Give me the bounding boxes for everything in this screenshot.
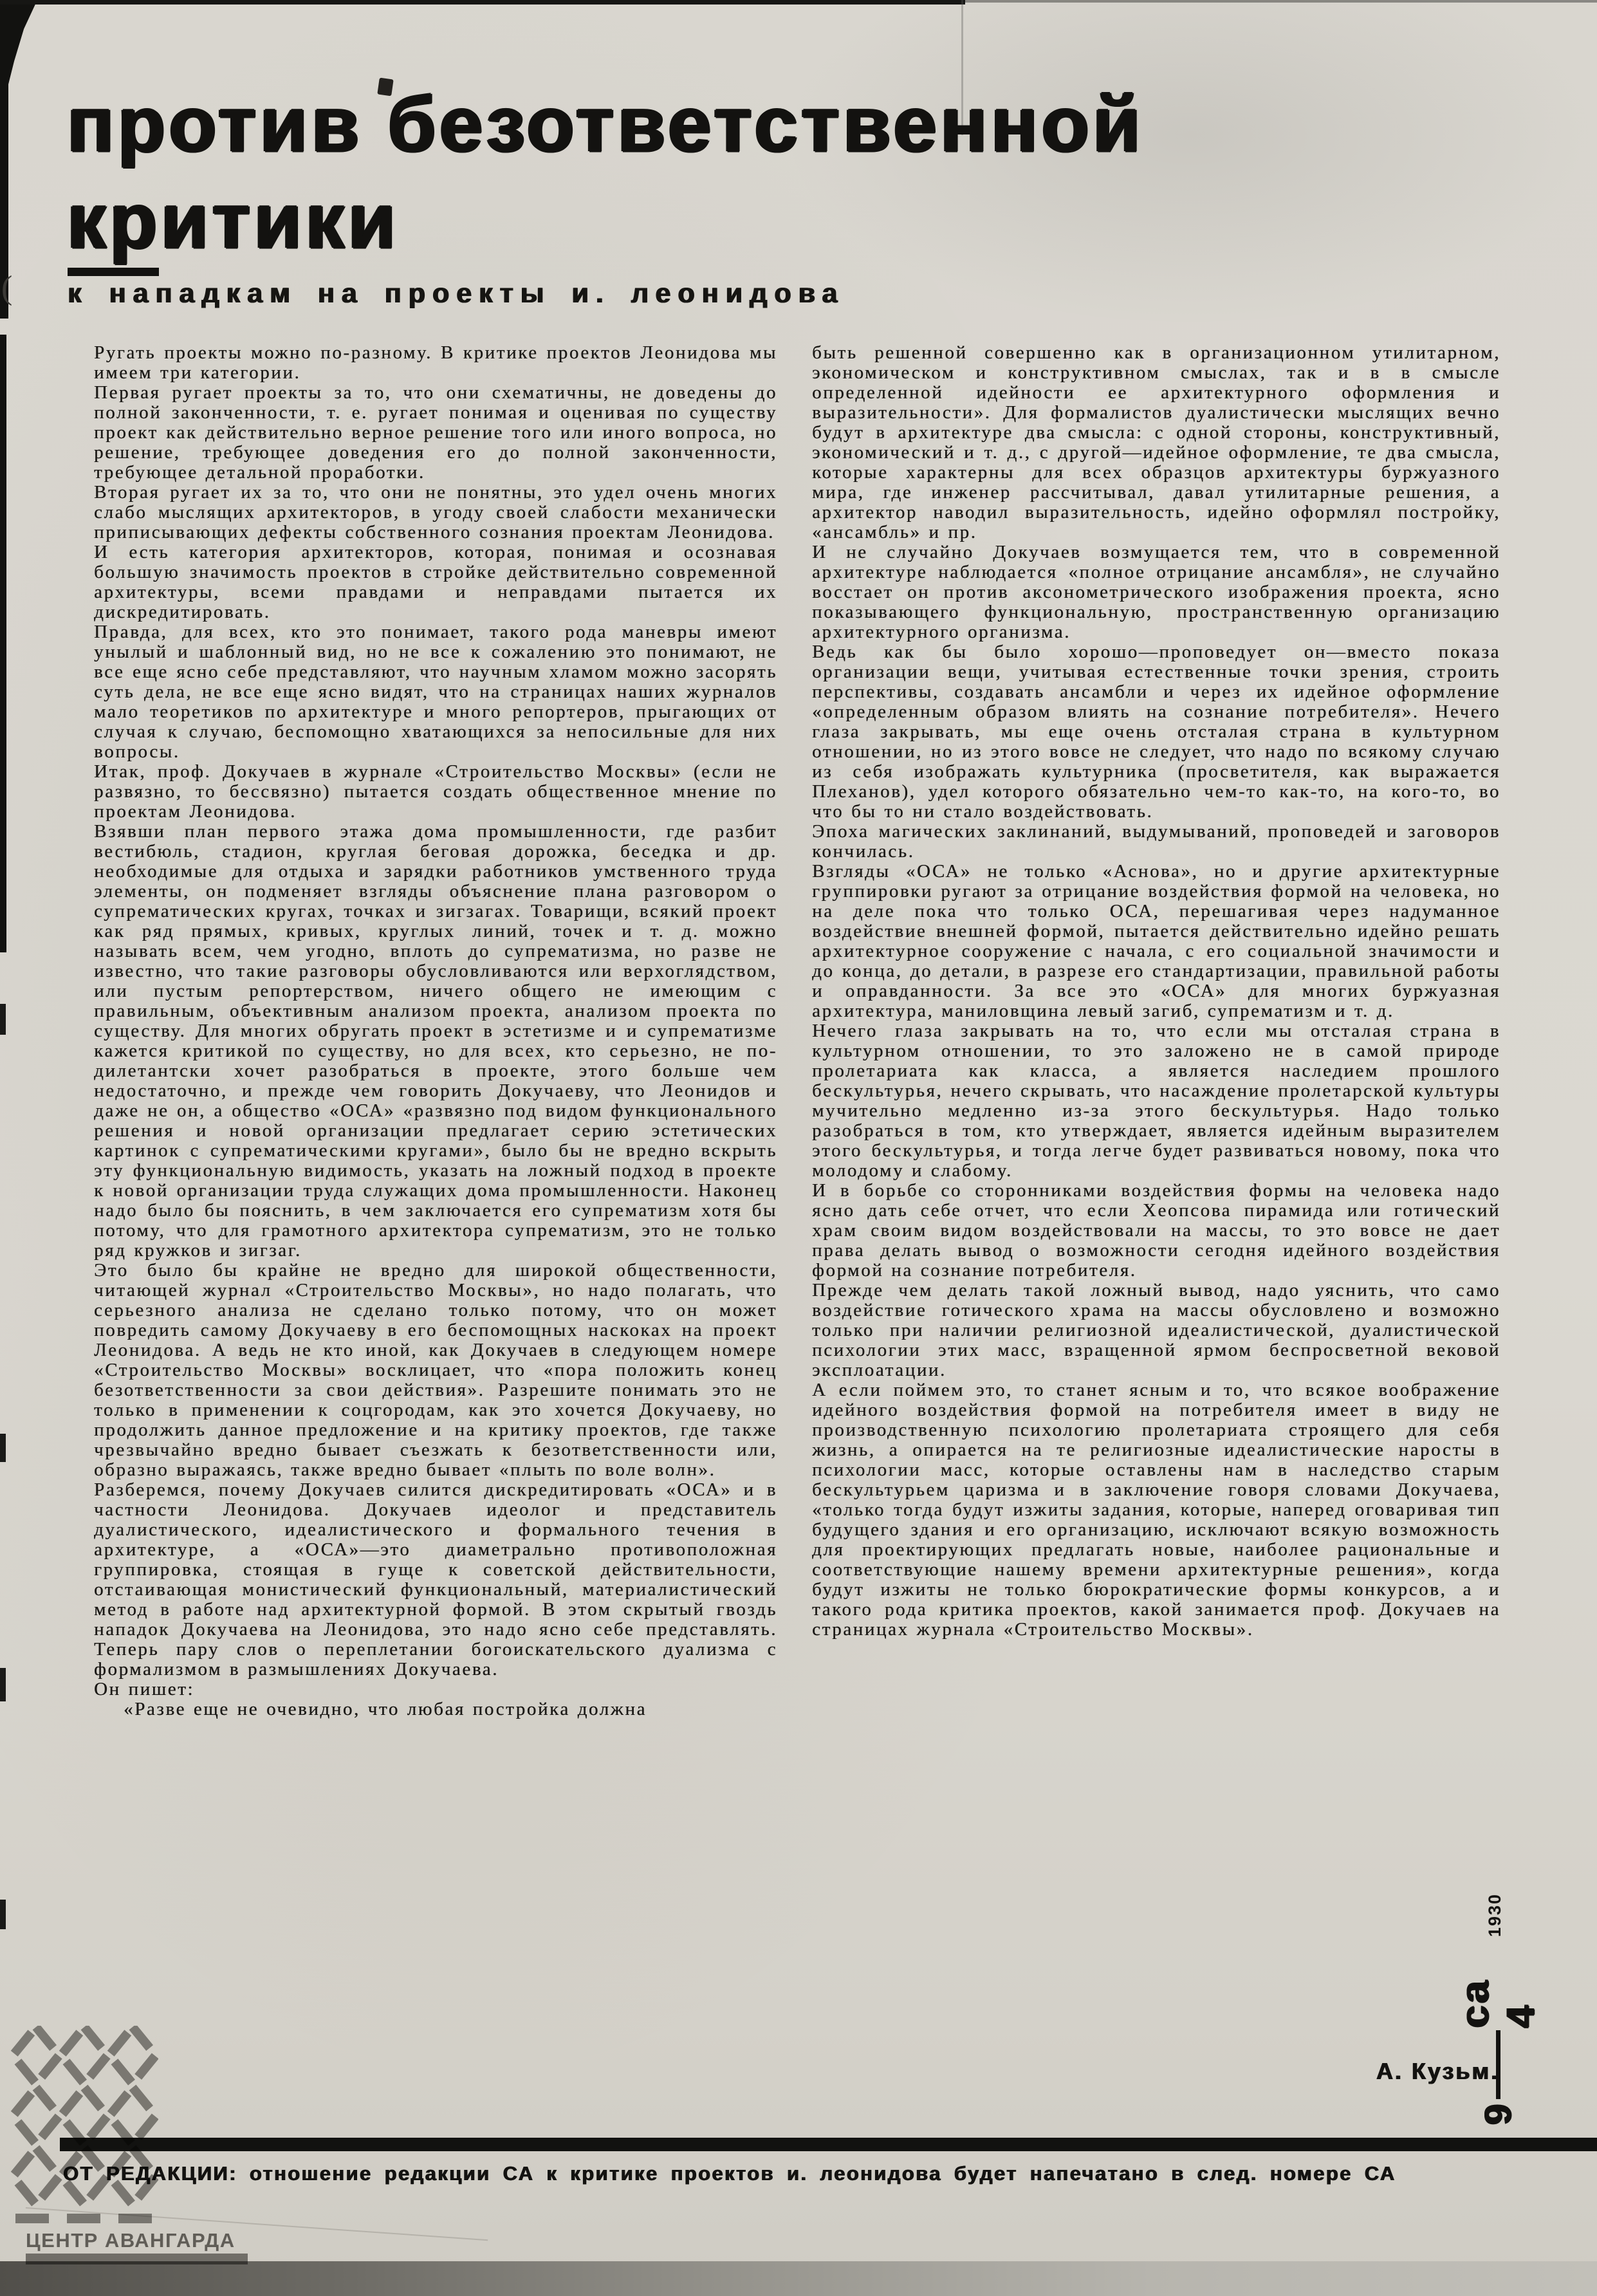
paragraph: Итак, проф. Докучаев в журнале «Строител…	[94, 762, 777, 822]
paragraph: И в борьбе со сторонниками воздействия ф…	[812, 1181, 1500, 1281]
scan-edge-mark	[0, 1668, 6, 1701]
scan-edge-mark	[0, 1434, 6, 1462]
journal-issue: са 4	[1452, 1946, 1544, 2028]
watermark-text: ЦЕНТР АВАНГАРДА	[26, 2229, 412, 2252]
paragraph: «Разве еще не очевидно, что любая постро…	[94, 1699, 777, 1719]
paragraph: Взявши план первого этажа дома промышлен…	[94, 822, 777, 1261]
scan-edge-strip	[0, 335, 6, 952]
journal-year: 1930	[1485, 1893, 1505, 1937]
paragraph: Ведь как бы было хорошо—проповедует он—в…	[812, 642, 1500, 822]
footer-rule	[60, 2138, 1597, 2151]
paragraph: Первая ругает проекты за то, что они схе…	[94, 383, 777, 483]
right-column: быть решенной совершенно как в организац…	[812, 343, 1500, 1640]
watermark-bar	[26, 2254, 248, 2264]
paragraph: Правда, для всех, кто это понимает, тако…	[94, 622, 777, 762]
article-title-line-1: против безответственной	[67, 76, 1144, 172]
left-column: Ругать проекты можно по-разному. В крити…	[94, 343, 777, 1719]
paragraph: Прежде чем делать такой ложный вывод, на…	[812, 1281, 1500, 1380]
paragraph: Эпоха магических заклинаний, выдумываний…	[812, 822, 1500, 862]
scan-edge-mark	[0, 1004, 6, 1035]
title-underline-rule	[68, 268, 159, 276]
author-signature: А. Кузьм.	[1242, 2058, 1499, 2085]
editorial-notice: ОТ РЕДАКЦИИ: отношение редакции СА к кри…	[63, 2162, 1376, 2185]
scan-edge-top-faint	[965, 0, 1597, 3]
margin-guillemet-artifact: (	[1, 269, 12, 307]
scan-edge-mark	[0, 1900, 6, 1929]
paragraph: быть решенной совершенно как в организац…	[812, 343, 1500, 542]
page-number: 9	[1477, 2104, 1520, 2125]
scan-edge-top	[0, 0, 965, 5]
paragraph: Это было бы крайне не вредно для широкой…	[94, 1261, 777, 1480]
article-subtitle: к нападкам на проекты и. леонидова	[68, 278, 844, 310]
paragraph: Вторая ругает их за то, что они не понят…	[94, 483, 777, 542]
watermark-logo	[10, 2026, 158, 2225]
paragraph: Взгляды «ОСА» не только «Аснова», но и д…	[812, 862, 1500, 1021]
paragraph: Нечего глаза закрывать на то, что если м…	[812, 1021, 1500, 1181]
bottom-scan-band	[0, 2261, 1597, 2296]
imprint-divider-rule	[1496, 2030, 1500, 2099]
paragraph: А если поймем это, то станет ясным и то,…	[812, 1380, 1500, 1640]
paragraph: И не случайно Докучаев возмущается тем, …	[812, 542, 1500, 642]
paragraph: Разберемся, почему Докучаев силится диск…	[94, 1480, 777, 1680]
margin-imprint: 9 са 4 1930	[1475, 1893, 1521, 2125]
paragraph: Он пишет:	[94, 1680, 777, 1699]
article-title-line-2: критики	[67, 172, 399, 269]
paragraph: Ругать проекты можно по-разному. В крити…	[94, 343, 777, 383]
paragraph: И есть категория архитекторов, которая, …	[94, 542, 777, 622]
